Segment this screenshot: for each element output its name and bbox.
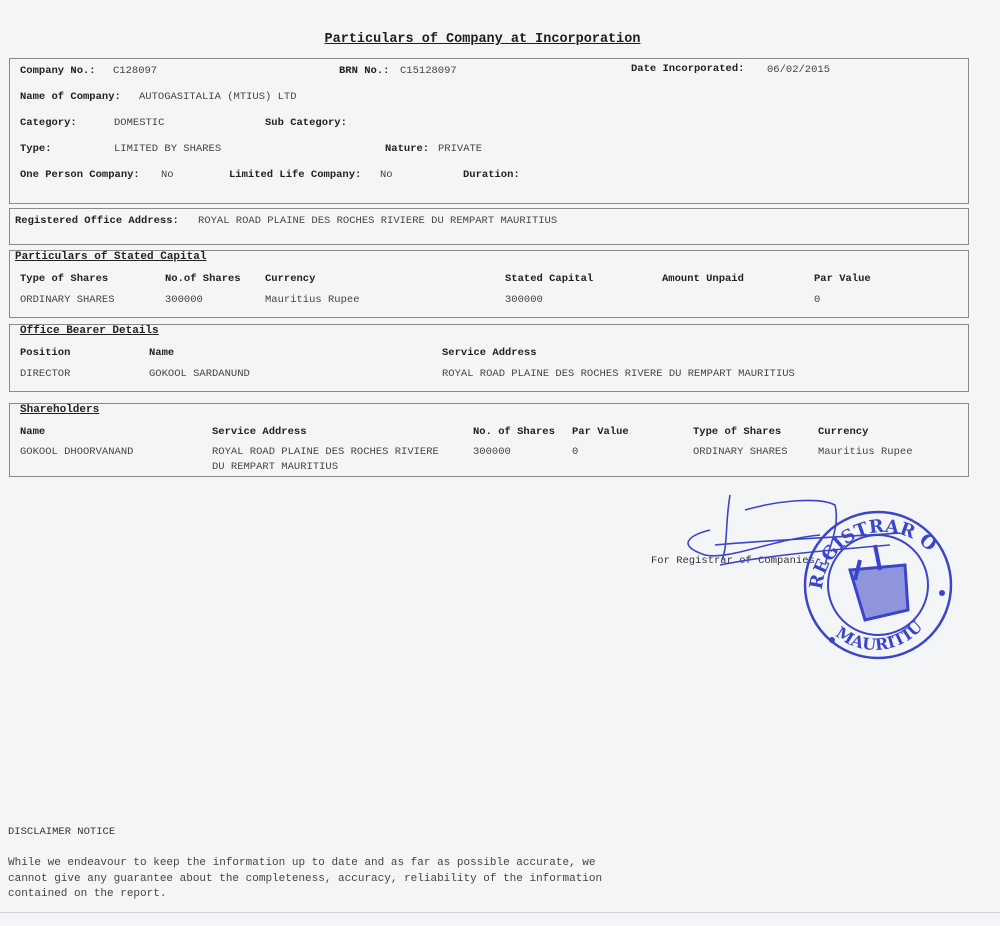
shareholders-heading: Shareholders xyxy=(20,404,99,416)
category-value: DOMESTIC xyxy=(114,117,164,129)
registered-office-value: ROYAL ROAD PLAINE DES ROCHES RIVIERE DU … xyxy=(198,215,557,227)
office-bearers-heading: Office Bearer Details xyxy=(20,325,159,337)
company-no-value: C128097 xyxy=(113,65,157,77)
col-amount-unpaid: Amount Unpaid xyxy=(662,273,744,285)
shareholder-name: GOKOOL DHOORVANAND xyxy=(20,446,133,458)
one-person-company-value: No xyxy=(161,169,174,181)
category-label: Category: xyxy=(20,117,77,129)
capital-no-of-shares: 300000 xyxy=(165,294,203,306)
col-currency: Currency xyxy=(265,273,315,285)
type-value: LIMITED BY SHARES xyxy=(114,143,221,155)
col-shareholder-address: Service Address xyxy=(212,426,307,438)
page-bottom-divider xyxy=(0,912,1000,913)
capital-type-of-shares: ORDINARY SHARES xyxy=(20,294,115,306)
col-service-address: Service Address xyxy=(442,347,537,359)
disclaimer-heading: DISCLAIMER NOTICE xyxy=(8,826,115,838)
col-position: Position xyxy=(20,347,70,359)
shareholder-par-value: 0 xyxy=(572,446,578,458)
registrar-stamp-icon: REGISTRAR OF COMPANIES MAURITIUS xyxy=(670,485,960,675)
brn-label: BRN No.: xyxy=(339,65,389,77)
nature-value: PRIVATE xyxy=(438,143,482,155)
col-type-of-shares: Type of Shares xyxy=(20,273,108,285)
company-name-label: Name of Company: xyxy=(20,91,121,103)
col-name: Name xyxy=(149,347,174,359)
col-par-value: Par Value xyxy=(814,273,871,285)
subcategory-label: Sub Category: xyxy=(265,117,347,129)
one-person-company-label: One Person Company: xyxy=(20,169,140,181)
col-shareholder-par-value: Par Value xyxy=(572,426,629,438)
col-shareholder-name: Name xyxy=(20,426,45,438)
company-details-box xyxy=(9,58,969,204)
capital-par-value: 0 xyxy=(814,294,820,306)
duration-label: Duration: xyxy=(463,169,520,181)
shareholder-address: ROYAL ROAD PLAINE DES ROCHES RIVIERE xyxy=(212,446,439,458)
col-stated-capital: Stated Capital xyxy=(505,273,593,285)
col-no-of-shares: No.of Shares xyxy=(165,273,241,285)
shareholder-type-of-shares: ORDINARY SHARES xyxy=(693,446,788,458)
date-incorporated-label: Date Incorporated: xyxy=(631,63,744,75)
shareholder-currency: Mauritius Rupee xyxy=(818,446,913,458)
company-name-value: AUTOGASITALIA (MTIUS) LTD xyxy=(139,91,297,103)
disclaimer-text: While we endeavour to keep the informati… xyxy=(8,856,602,903)
col-shareholder-no-of-shares: No. of Shares xyxy=(473,426,555,438)
col-shareholder-currency: Currency xyxy=(818,426,868,438)
date-incorporated-value: 06/02/2015 xyxy=(767,64,830,76)
type-label: Type: xyxy=(20,143,52,155)
bearer-position: DIRECTOR xyxy=(20,368,70,380)
shareholders-box xyxy=(9,403,969,477)
shareholder-address-line2: DU REMPART MAURITIUS xyxy=(212,461,338,473)
capital-currency: Mauritius Rupee xyxy=(265,294,360,306)
limited-life-company-label: Limited Life Company: xyxy=(229,169,361,181)
stated-capital-heading: Particulars of Stated Capital xyxy=(15,251,206,263)
nature-label: Nature: xyxy=(385,143,429,155)
limited-life-company-value: No xyxy=(380,169,393,181)
capital-stated-capital: 300000 xyxy=(505,294,543,306)
bearer-name: GOKOOL SARDANUND xyxy=(149,368,250,380)
registered-office-label: Registered Office Address: xyxy=(15,215,179,227)
shareholder-no-of-shares: 300000 xyxy=(473,446,511,458)
document-title: Particulars of Company at Incorporation xyxy=(0,32,965,47)
brn-value: C15128097 xyxy=(400,65,457,77)
bearer-service-address: ROYAL ROAD PLAINE DES ROCHES RIVERE DU R… xyxy=(442,368,795,380)
col-shareholder-type-of-shares: Type of Shares xyxy=(693,426,781,438)
company-no-label: Company No.: xyxy=(20,65,96,77)
